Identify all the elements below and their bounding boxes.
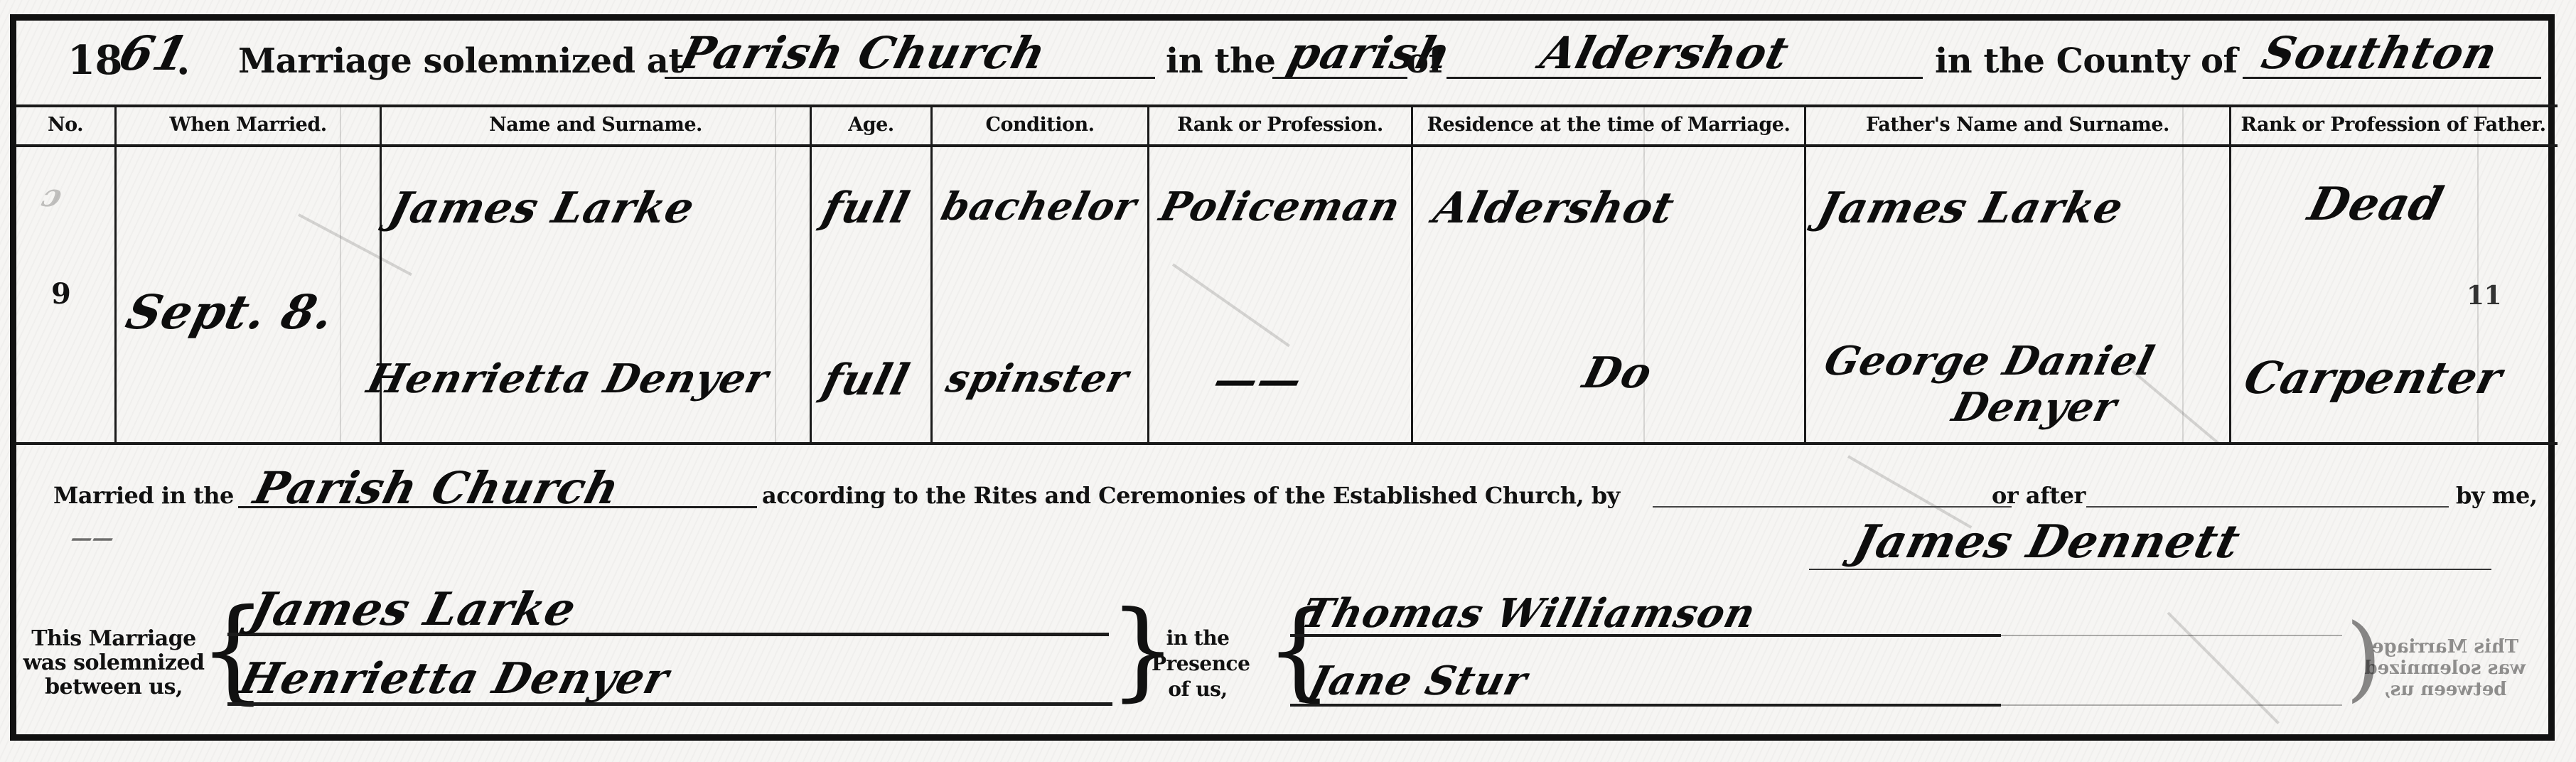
mirrored-label-line3: between us,	[2363, 679, 2527, 700]
venue-handwritten: Parish Church	[249, 462, 625, 514]
groom-name: James Larke	[384, 183, 699, 233]
county-handwritten: Southton	[2257, 27, 2503, 79]
header-fathers-profession: Rank or Profession of Father.	[2231, 114, 2555, 136]
header-age: Age.	[812, 114, 930, 136]
bride-name: Henrietta Denyer	[363, 355, 773, 402]
column-divider	[1411, 107, 1413, 444]
parties-label: This Marriage was solemnized between us,	[18, 627, 210, 699]
entry-number: 9	[51, 277, 70, 311]
bride-father-name-line2: Denyer	[1948, 384, 2122, 431]
header-top-rule	[16, 104, 2558, 107]
header-fathers-name: Father's Name and Surname.	[1806, 114, 2229, 136]
title-in-the: in the	[1166, 41, 1275, 81]
year-suffix: .	[176, 37, 190, 84]
header-no: No.	[16, 114, 115, 136]
column-divider	[930, 107, 933, 444]
title-marriage-solemnized-at: Marriage solemnized at	[238, 41, 684, 81]
header-rank-or-profession: Rank or Profession.	[1149, 114, 1411, 136]
witness-label-line3: of us,	[1152, 677, 1244, 702]
married-in-the-label: Married in the	[53, 482, 234, 509]
header-bottom-rule	[16, 144, 2558, 147]
bleed-through-rule	[340, 107, 341, 444]
witness1-line-faint	[2001, 635, 2342, 636]
mirrored-parties-label: This Marriage was solemnized between us,	[2363, 636, 2527, 700]
bride-father-profession: Carpenter	[2239, 352, 2508, 404]
bleed-through-rule	[2182, 107, 2184, 444]
header-condition: Condition.	[933, 114, 1147, 136]
groom-father-name: James Larke	[1813, 183, 2128, 233]
groom-father-profession: Dead	[2303, 178, 2449, 231]
header-residence: Residence at the time of Marriage.	[1413, 114, 1804, 136]
parties-label-line1: This Marriage	[18, 627, 210, 651]
column-divider	[2229, 107, 2231, 444]
title-in-the-county-of: in the County of	[1935, 41, 2238, 81]
title-of: of	[1406, 41, 1443, 81]
bride-profession-dash: ——	[1208, 355, 1307, 405]
groom-profession: Policeman	[1155, 183, 1405, 230]
party1-signature: James Larke	[245, 583, 581, 636]
parties-label-line3: between us,	[18, 675, 210, 699]
bride-age: full	[817, 355, 914, 405]
witness1-signature: Thomas Williamson	[1297, 590, 1761, 637]
or-after-blank-line	[2086, 506, 2449, 508]
column-divider	[1804, 107, 1806, 444]
groom-residence: Aldershot	[1429, 183, 1680, 233]
groom-age: full	[817, 183, 914, 233]
bride-condition: spinster	[942, 355, 1134, 401]
witness2-line-faint	[2001, 704, 2342, 706]
when-married-date: Sept. 8.	[121, 284, 340, 340]
bride-residence-ditto: Do	[1578, 348, 1658, 398]
witness-label-line1: in the	[1152, 626, 1244, 651]
place-handwritten: Parish Church	[675, 27, 1051, 79]
groom-condition: bachelor	[937, 183, 1142, 229]
minister-signature-line	[1809, 569, 2491, 570]
column-divider	[810, 107, 812, 444]
bride-father-name-line1: George Daniel	[1820, 338, 2159, 385]
parties-label-line2: was solemnized	[18, 651, 210, 675]
or-after-label: or after	[1992, 482, 2086, 509]
mirrored-label-line2: was solemnized	[2363, 658, 2527, 679]
bleed-through-mark: ——	[68, 526, 117, 551]
entry-bottom-rule	[16, 442, 2558, 445]
column-divider	[114, 107, 117, 444]
minister-signature: James Dennett	[1848, 515, 2245, 569]
column-divider	[1147, 107, 1149, 444]
header-name-and-surname: Name and Surname.	[382, 114, 810, 136]
witness2-signature: Jane Stur	[1304, 658, 1533, 704]
mirrored-label-line1: This Marriage	[2363, 636, 2527, 658]
margin-number: 11	[2467, 281, 2501, 311]
bleed-through-rule	[775, 107, 776, 444]
by-blank-line	[1653, 506, 2012, 508]
header-when-married: When Married.	[117, 114, 380, 136]
witness-label: in the Presence of us,	[1152, 626, 1244, 702]
rites-and-ceremonies-text: according to the Rites and Ceremonies of…	[762, 482, 1620, 509]
parish-handwritten: Aldershot	[1535, 27, 1794, 79]
party2-signature: Henrietta Denyer	[235, 654, 674, 704]
witness-label-line2: Presence	[1152, 651, 1244, 677]
by-me-label: by me,	[2456, 482, 2537, 509]
